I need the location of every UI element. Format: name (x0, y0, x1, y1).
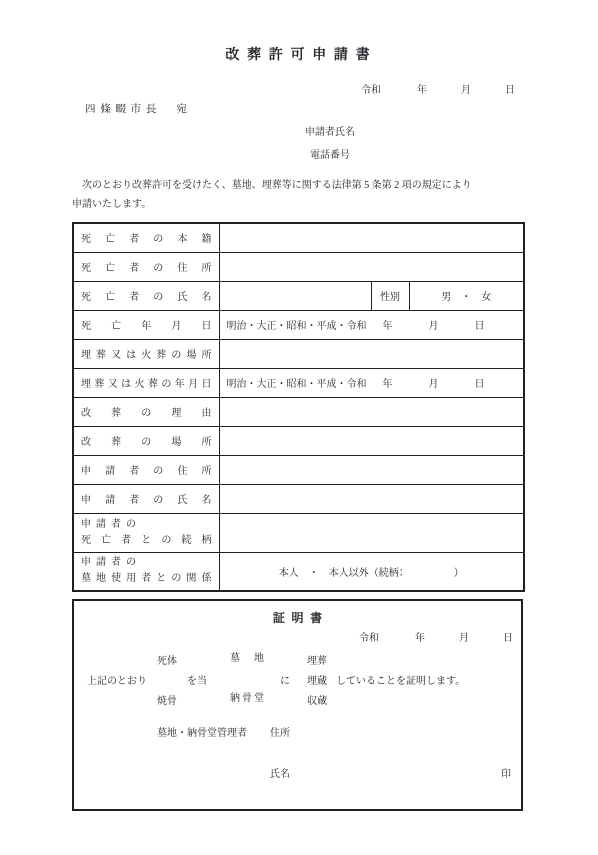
statement-prefix-column: 上記のとおり (87, 649, 147, 709)
applicant-name-label: 申請者氏名 (305, 123, 523, 138)
action-option-column: 埋葬 埋蔵 収蔵 (307, 649, 327, 709)
day-label: 日 (503, 633, 513, 644)
certificate-statement: 上記のとおり 死体 焼骨 を当 墓地 納骨堂 に (74, 649, 521, 709)
label-burial-place: 埋葬又は火葬の場所 (73, 339, 219, 368)
label-reburial-reason: 改葬の理由 (73, 397, 219, 426)
row-deceased-address: 死亡者の住所 (73, 252, 524, 281)
row-deceased-domicile: 死亡者の本籍 (73, 223, 524, 252)
option-graveyard[interactable]: 墓地 (230, 649, 264, 669)
input-reburial-place[interactable] (219, 426, 524, 455)
statement-suffix-column: していることを証明します。 (336, 649, 465, 709)
label-deceased-name: 死亡者の氏名 (73, 281, 219, 310)
subject-option-column: 死体 焼骨 (157, 649, 177, 709)
manager-name-line: 氏名 印 (74, 765, 521, 780)
input-deceased-address[interactable] (219, 252, 524, 281)
place-option-column: 墓地 納骨堂 (230, 649, 264, 709)
era-label: 令和 (361, 85, 381, 96)
option-buried[interactable]: 埋葬 (307, 649, 327, 669)
option-ossuary[interactable]: 納骨堂 (230, 689, 264, 709)
month-label: 月 (429, 379, 439, 390)
month-label: 月 (429, 321, 439, 332)
month-label: 月 (459, 633, 469, 644)
input-relation-to-deceased[interactable] (219, 513, 524, 552)
statement-connector1-column: を当 (187, 649, 207, 709)
application-table: 死亡者の本籍 死亡者の住所 死亡者の氏名 性別 男 ・ 女 死亡年月日 明治・大… (72, 222, 525, 592)
era-options[interactable]: 明治・大正・昭和・平成・令和 (227, 379, 367, 390)
option-interred[interactable]: 埋蔵 (307, 669, 327, 689)
label-applicant-name: 申請者の氏名 (73, 484, 219, 513)
input-burial-place[interactable] (219, 339, 524, 368)
day-label: 日 (475, 321, 485, 332)
statement-connector2: に (280, 669, 290, 689)
manager-label: 墓地・納骨堂管理者 (157, 724, 270, 739)
certificate-title: 証明書 (74, 609, 521, 626)
manager-address-label: 住所 (270, 724, 290, 739)
option-corpse[interactable]: 死体 (157, 649, 177, 669)
option-stored[interactable]: 収蔵 (307, 689, 327, 709)
year-label: 年 (415, 633, 425, 644)
row-burial-place: 埋葬又は火葬の場所 (73, 339, 524, 368)
row-deceased-name: 死亡者の氏名 性別 男 ・ 女 (73, 281, 524, 310)
input-applicant-name[interactable] (219, 484, 524, 513)
manager-line: 墓地・納骨堂管理者 住所 (74, 724, 521, 739)
input-deceased-name[interactable] (219, 281, 371, 310)
label-deceased-domicile: 死亡者の本籍 (73, 223, 219, 252)
label-applicant-address: 申請者の住所 (73, 455, 219, 484)
phone-number-label: 電話番号 (310, 146, 523, 161)
row-applicant-address: 申請者の住所 (73, 455, 524, 484)
statement-connector1: を当 (187, 669, 207, 689)
era-label: 令和 (359, 633, 379, 644)
certificate-date-line: 令和年月日 (74, 629, 521, 644)
statement-prefix: 上記のとおり (87, 669, 147, 689)
addressee-mayor: 四條畷市長 宛 (85, 101, 523, 116)
era-options[interactable]: 明治・大正・昭和・平成・令和 (227, 321, 367, 332)
input-deceased-domicile[interactable] (219, 223, 524, 252)
input-death-date[interactable]: 明治・大正・昭和・平成・令和年月日 (219, 310, 524, 339)
input-applicant-address[interactable] (219, 455, 524, 484)
year-label: 年 (383, 321, 393, 332)
input-reburial-reason[interactable] (219, 397, 524, 426)
row-reburial-place: 改葬の場所 (73, 426, 524, 455)
year-label: 年 (417, 85, 427, 96)
row-relation-to-deceased: 申請者の 死亡者との続柄 (73, 513, 524, 552)
day-label: 日 (505, 85, 515, 96)
month-label: 月 (461, 85, 471, 96)
statement-connector2-column: に (280, 649, 290, 709)
form-title: 改葬許可申請書 (72, 44, 523, 64)
input-burial-date[interactable]: 明治・大正・昭和・平成・令和年月日 (219, 368, 524, 397)
label-reburial-place: 改葬の場所 (73, 426, 219, 455)
label-sex: 性別 (371, 281, 409, 310)
certificate-section: 証明書 令和年月日 上記のとおり 死体 焼骨 を当 墓地 (72, 599, 523, 811)
row-applicant-name: 申請者の氏名 (73, 484, 524, 513)
intro-line-2: 申請いたします。 (72, 199, 151, 210)
label-deceased-address: 死亡者の住所 (73, 252, 219, 281)
row-death-date: 死亡年月日 明治・大正・昭和・平成・令和年月日 (73, 310, 524, 339)
seal-label: 印 (501, 765, 511, 780)
year-label: 年 (383, 379, 393, 390)
statement-suffix: していることを証明します。 (336, 669, 465, 689)
day-label: 日 (475, 379, 485, 390)
option-relation-to-grave-user[interactable]: 本人 ・ 本人以外（続柄： ） (219, 552, 524, 591)
row-relation-to-grave-user: 申請者の 墓地使用者との関係 本人 ・ 本人以外（続柄： ） (73, 552, 524, 591)
row-reburial-reason: 改葬の理由 (73, 397, 524, 426)
label-relation-to-grave-user: 申請者の 墓地使用者との関係 (73, 552, 219, 591)
label-relation-to-deceased: 申請者の 死亡者との続柄 (73, 513, 219, 552)
manager-name-label: 氏名 (270, 765, 290, 780)
intro-statement: 次のとおり改葬許可を受けたく、墓地、埋葬等に関する法律第 5 条第 2 項の規定… (72, 176, 523, 214)
label-death-date: 死亡年月日 (73, 310, 219, 339)
intro-line-1: 次のとおり改葬許可を受けたく、墓地、埋葬等に関する法律第 5 条第 2 項の規定… (72, 180, 472, 191)
application-date-line: 令和年月日 (72, 81, 523, 96)
label-burial-date: 埋葬又は火葬の年月日 (73, 368, 219, 397)
option-sex-male-female[interactable]: 男 ・ 女 (409, 281, 524, 310)
option-cremated-remains[interactable]: 焼骨 (157, 689, 177, 709)
row-burial-date: 埋葬又は火葬の年月日 明治・大正・昭和・平成・令和年月日 (73, 368, 524, 397)
reburial-permit-form-page: 改葬許可申請書 令和年月日 四條畷市長 宛 申請者氏名 電話番号 次のとおり改葬… (0, 0, 598, 855)
